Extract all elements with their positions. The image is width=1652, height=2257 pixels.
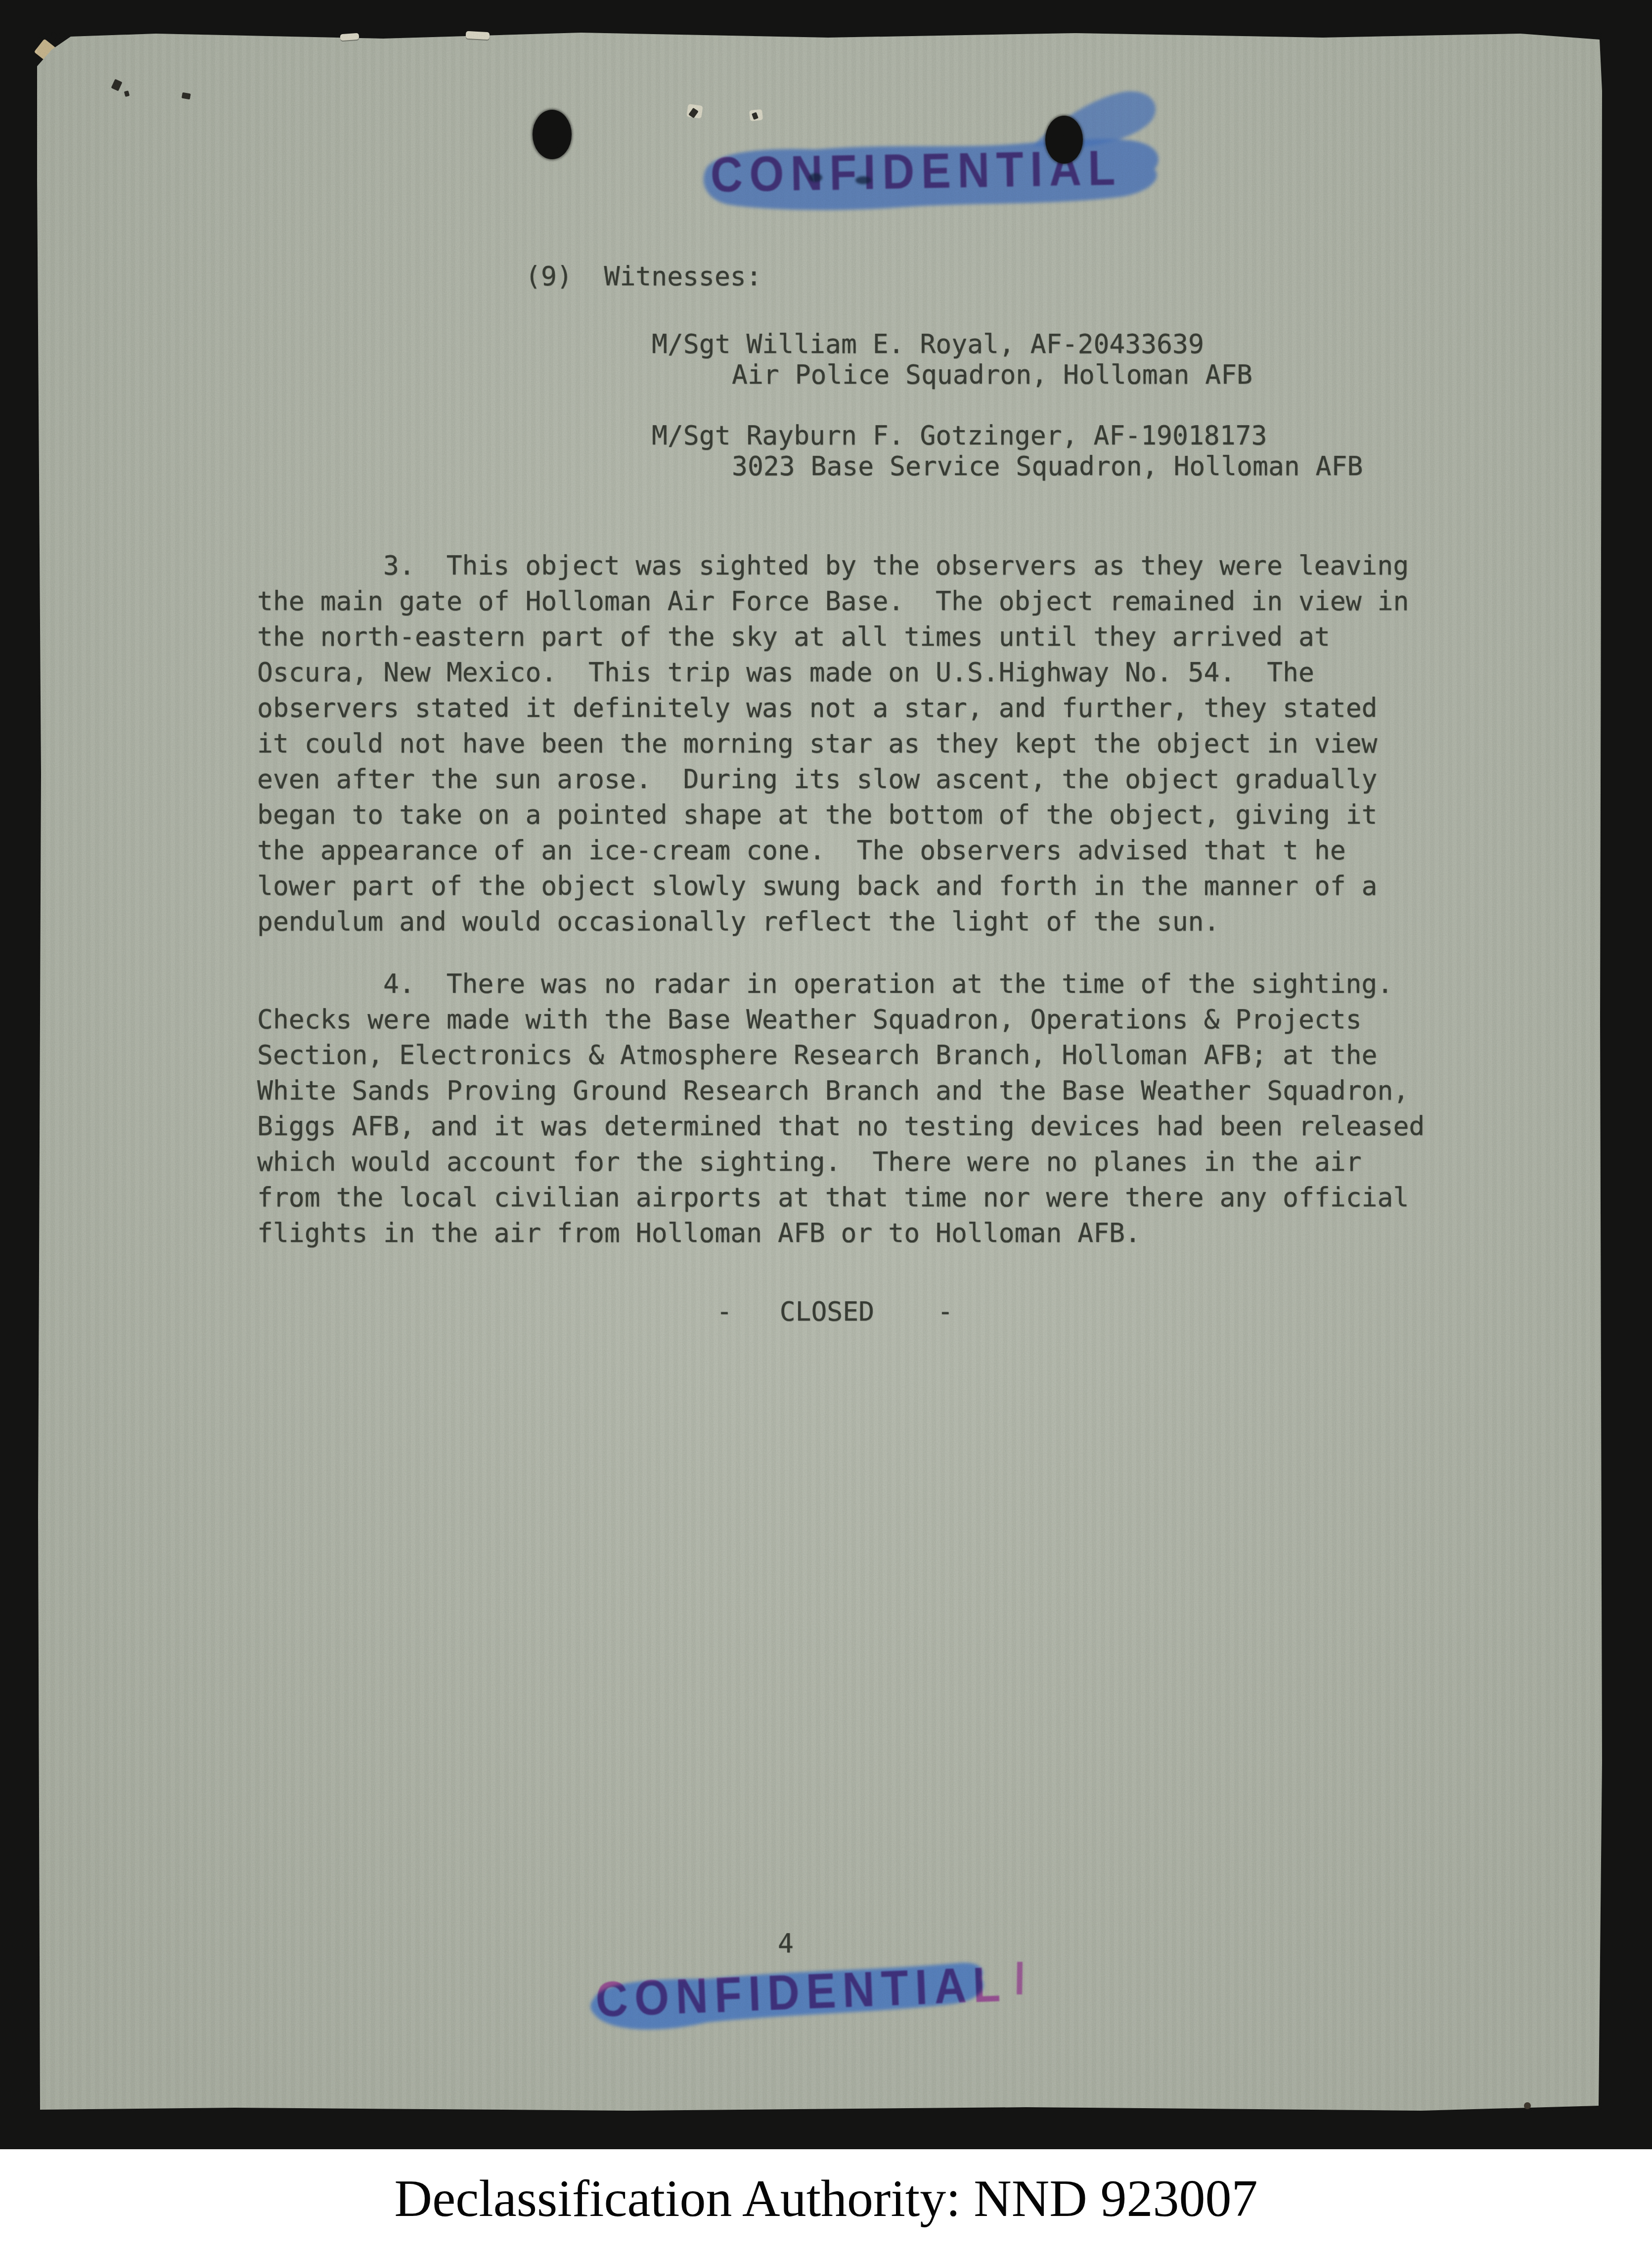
paper-tear: [466, 31, 490, 40]
declassification-strip: Declassification Authority: NND 923007: [0, 2149, 1652, 2257]
paragraph-4-line: from the local civilian airports at that…: [257, 1185, 1409, 1211]
page-number: 4: [778, 1931, 794, 1957]
paragraph-3-line: 3. This object was sighted by the observ…: [383, 553, 1409, 579]
witness-2-name: M/Sgt Rayburn F. Gotzinger, AF-19018173: [652, 423, 1267, 449]
witness-1-unit: Air Police Squadron, Holloman AFB: [732, 362, 1252, 388]
confidential-stamp-bottom: CONFIDENTIAL: [582, 1946, 1070, 2053]
closed-marker: - CLOSED -: [716, 1299, 953, 1325]
ink-speck: [1524, 2102, 1531, 2109]
blue-marker-swipe: [692, 128, 1178, 225]
hole-punch-right: [1045, 116, 1083, 164]
paragraph-4-line: White Sands Proving Ground Research Bran…: [257, 1078, 1409, 1104]
paragraph-3-line: it could not have been the morning star …: [257, 731, 1378, 757]
paragraph-3-line: pendulum and would occasionally reflect …: [257, 909, 1219, 935]
paper-tear: [340, 33, 359, 41]
paragraph-3-line: even after the sun arose. During its slo…: [257, 766, 1378, 793]
stamp-edge-mark: [1017, 1962, 1023, 1994]
paragraph-3-line: the main gate of Holloman Air Force Base…: [257, 588, 1409, 615]
paragraph-3-line: observers stated it definitely was not a…: [257, 695, 1378, 721]
paragraph-4-line: Section, Electronics & Atmosphere Resear…: [257, 1042, 1378, 1068]
confidential-stamp-top: CONFIDENTIAL: [692, 128, 1178, 225]
paragraph-3-line: lower part of the object slowly swung ba…: [257, 873, 1378, 899]
paragraph-4-line: 4. There was no radar in operation at th…: [383, 971, 1393, 997]
paragraph-3-line: began to take on a pointed shape at the …: [257, 802, 1378, 828]
witness-2-unit: 3023 Base Service Squadron, Holloman AFB: [732, 453, 1363, 480]
paragraph-4-line: Biggs AFB, and it was determined that no…: [257, 1113, 1425, 1140]
paragraph-4-line: which would account for the sighting. Th…: [257, 1149, 1362, 1175]
paragraph-3-line: the appearance of an ice-cream cone. The…: [257, 838, 1346, 864]
blue-marker-swipe: [582, 1946, 1070, 2053]
paragraph-4-line: Checks were made with the Base Weather S…: [257, 1007, 1362, 1033]
paragraph-4-line: flights in the air from Holloman AFB or …: [257, 1220, 1141, 1246]
hole-punch-left: [533, 110, 572, 159]
paragraph-3-line: Oscura, New Mexico. This trip was made o…: [257, 660, 1314, 686]
paragraph-3-line: the north-eastern part of the sky at all…: [257, 624, 1330, 650]
witness-1-name: M/Sgt William E. Royal, AF-20433639: [652, 331, 1204, 357]
scanned-document: (9) Witnesses: M/Sgt William E. Royal, A…: [0, 0, 1652, 2257]
declassification-text: Declassification Authority: NND 923007: [0, 2169, 1652, 2228]
witnesses-heading: (9) Witnesses:: [525, 264, 762, 290]
